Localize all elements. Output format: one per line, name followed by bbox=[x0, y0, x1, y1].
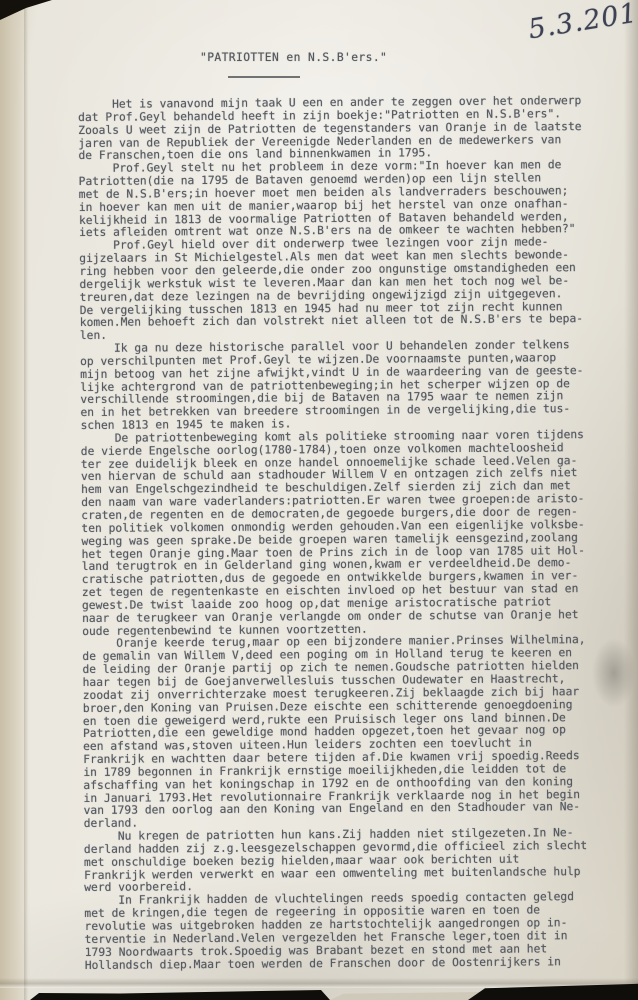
paragraph: Oranje keerde terug,maar op een bijzonde… bbox=[82, 634, 603, 831]
page-left-crease bbox=[24, 0, 28, 1000]
document-title: "PATRIOTTEN en N.S.B'ers." bbox=[200, 51, 387, 64]
paragraph: De patriottenbeweging komt als politieke… bbox=[81, 429, 603, 639]
paragraph: Het is vanavond mijn taak U een en ander… bbox=[78, 95, 598, 163]
paragraph: Prof.Geyl stelt nu het probleem in deze … bbox=[79, 159, 600, 240]
page-right-edge-shadow bbox=[624, 0, 638, 1000]
scanned-page: 5.3.201 "PATRIOTTEN en N.S.B'ers." Het i… bbox=[0, 0, 638, 1000]
bottom-fold-crease bbox=[0, 978, 638, 988]
paragraph: Ik ga nu deze historische parallel voor … bbox=[80, 339, 601, 433]
paragraph: Nu kregen de patriotten hun kans.Zij had… bbox=[84, 827, 604, 895]
paragraph: In Frankrijk hadden de vluchtelingen ree… bbox=[84, 891, 605, 972]
paragraph: Prof.Geyl hield over dit onderwerp twee … bbox=[79, 236, 600, 343]
document-body: Het is vanavond mijn taak U een en ander… bbox=[78, 95, 605, 972]
title-underline bbox=[228, 76, 300, 78]
